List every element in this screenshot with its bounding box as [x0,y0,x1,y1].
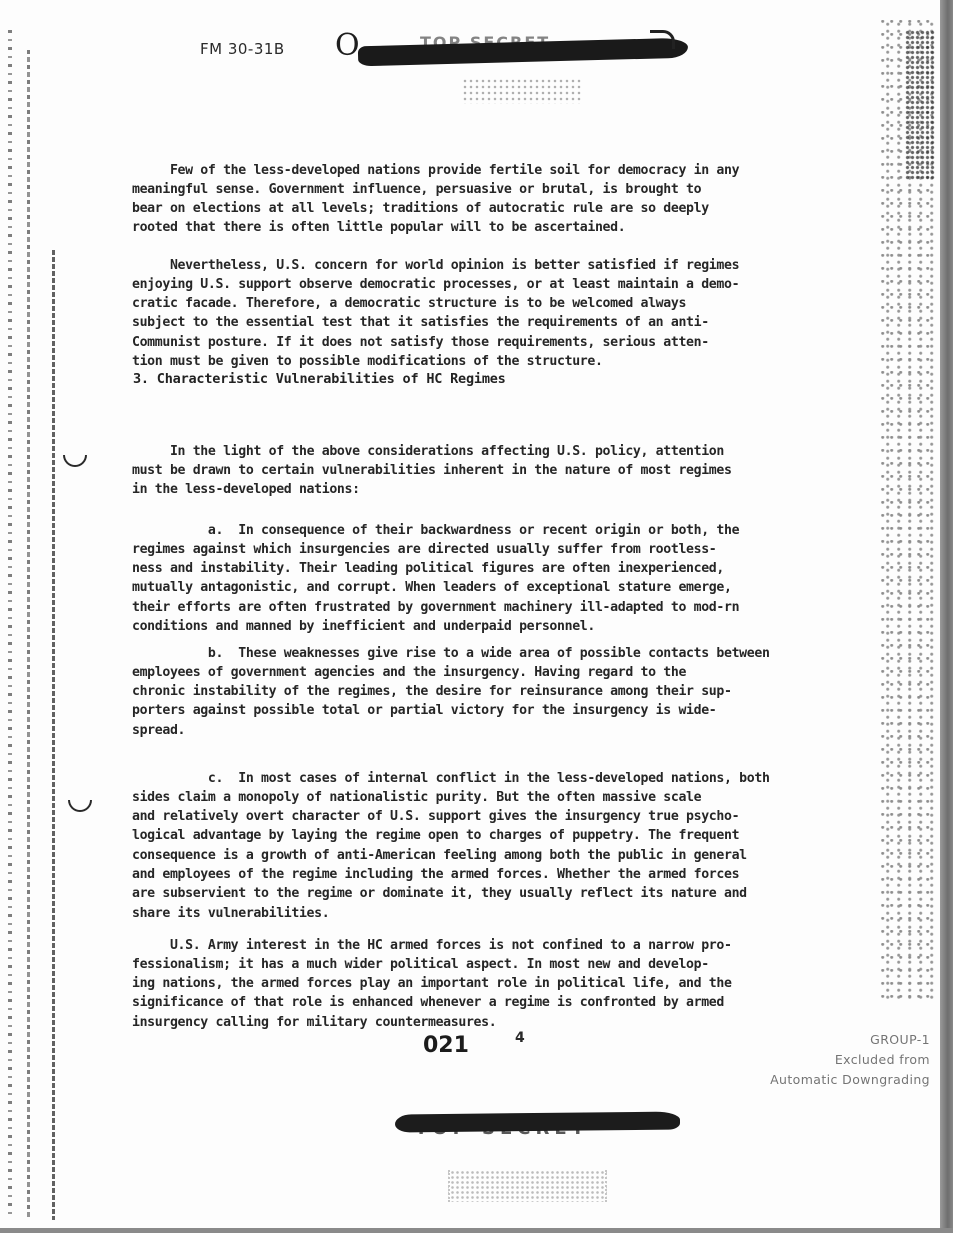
redaction-stroke [650,30,675,49]
declassification-stamp-bottom [448,1170,607,1202]
group-line: Excluded from [735,1050,930,1070]
group-line: GROUP-1 [735,1030,930,1050]
scan-speckle-right [905,30,935,180]
paragraph-text: U.S. Army interest in the HC armed force… [132,936,877,1032]
scan-artifact-left [8,30,12,1220]
declassification-stamp-top [462,78,582,104]
group-line: Automatic Downgrading [735,1070,930,1090]
scanner-edge-bottom [0,1228,953,1233]
paragraph-army-interest: U.S. Army interest in the HC armed force… [132,897,877,1051]
control-number: 021 [423,1033,469,1058]
paragraph-world-opinion: Nevertheless, U.S. concern for world opi… [132,217,877,391]
header-mark: O [335,28,360,63]
paragraph-text: b. These weaknesses give rise to a wide … [132,644,877,740]
page-number: 4 [515,1030,525,1046]
form-id: FM 30-31B [200,40,285,58]
scan-artifact-left [52,250,55,1220]
scanner-edge-right [940,0,953,1233]
scan-artifact-left [27,50,30,1220]
section-heading: 3. Characteristic Vulnerabilities of HC … [133,371,506,387]
downgrading-group-block: GROUP-1 Excluded from Automatic Downgrad… [735,1030,930,1090]
paragraph-text: Nevertheless, U.S. concern for world opi… [132,256,877,372]
redaction-bar-bottom [395,1112,680,1133]
